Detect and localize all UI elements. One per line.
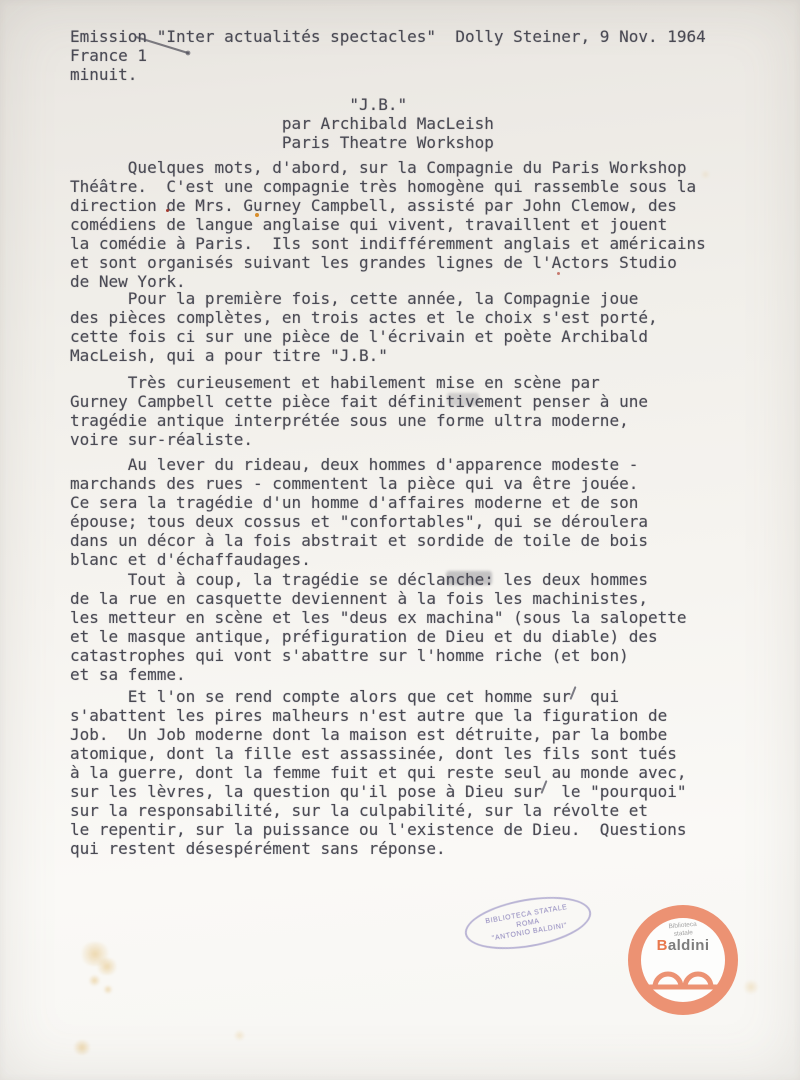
logo-name-initial: B — [657, 937, 668, 954]
paragraph-tragedie: Tout à coup, la tragédie se déclanche: l… — [70, 570, 687, 684]
paragraph-mise-en-scene: Très curieusement et habilement mise en … — [70, 373, 648, 449]
foxing-stain — [233, 1030, 246, 1041]
library-oval-stamp: BIBLIOTECA STATALE ROMA "ANTONIO BALDINI… — [461, 888, 595, 957]
baldini-library-logo: Biblioteca statale Baldini — [628, 905, 738, 1015]
foxing-stain — [700, 170, 711, 179]
paragraph-lever-du-rideau: Au lever du rideau, deux hommes d'appare… — [70, 455, 648, 569]
foxing-stain — [95, 958, 119, 975]
logo-name-rest: aldini — [668, 937, 710, 954]
logo-name: Baldini — [628, 937, 738, 954]
ink-speck — [557, 272, 560, 275]
ink-overstrike-smear — [446, 571, 492, 585]
ink-speck — [166, 209, 169, 212]
open-book-icon — [645, 959, 721, 993]
foxing-stain — [742, 980, 760, 994]
scanned-typescript-page: Emission "Inter actualités spectacles" D… — [0, 0, 800, 1080]
foxing-stain — [103, 985, 113, 994]
ink-overstrike-smear — [447, 393, 479, 406]
paragraph-company: Quelques mots, d'abord, sur la Compagnie… — [70, 158, 706, 291]
pen-stroke-mark — [132, 33, 202, 61]
paragraph-premiere: Pour la première fois, cette année, la C… — [70, 289, 658, 365]
foxing-stain — [88, 975, 101, 986]
title-block: "J.B." par Archibald MacLeish Paris Thea… — [70, 95, 494, 152]
ink-speck — [255, 213, 259, 217]
foxing-stain — [72, 1040, 92, 1055]
paragraph-job: Et l'on se rend compte alors que cet hom… — [70, 687, 687, 858]
